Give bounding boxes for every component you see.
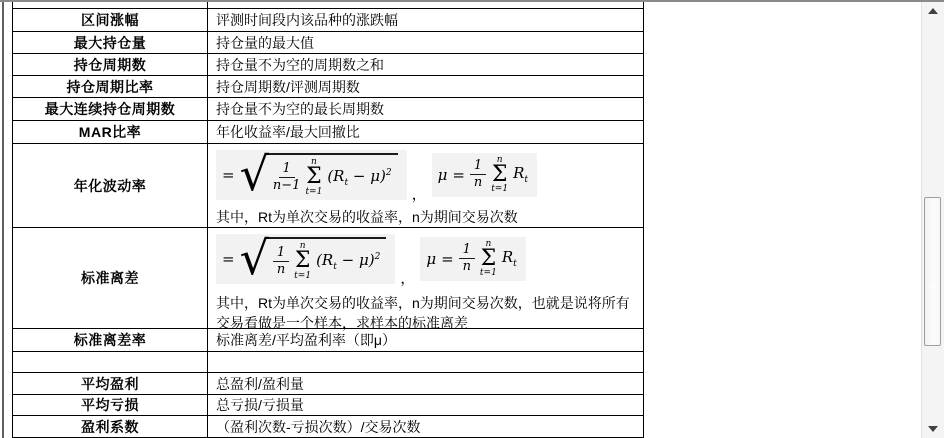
metric-desc-cell: 持仓量的最大值 xyxy=(208,32,643,53)
table-row-empty xyxy=(13,352,643,373)
metric-name-cell: 盈利系数 xyxy=(13,416,208,437)
triangle-up-icon xyxy=(928,8,938,14)
radicand: 1 n−1 n Σ t=1 (Rt − μ)2 xyxy=(268,153,398,197)
mu-symbol: μ xyxy=(438,166,448,184)
metric-desc-cell: 持仓量不为空的最长周期数 xyxy=(208,98,643,120)
table-row-clipped xyxy=(13,2,643,9)
metric-table: 区间涨幅 评测时间段内该品种的涨跌幅 最大持仓量 持仓量的最大值 持仓周期数 持… xyxy=(12,2,644,438)
summation: n Σ t=1 xyxy=(480,240,497,279)
table-row: 平均盈利 总盈利/盈利量 xyxy=(13,373,643,395)
triangle-down-icon xyxy=(928,426,938,432)
equals-sign: = xyxy=(222,250,235,268)
formula-line: = √ 1 n n Σ t=1 (Rt − xyxy=(216,234,643,284)
table-row: 最大持仓量 持仓量的最大值 xyxy=(13,32,643,54)
summation: n Σ t=1 xyxy=(491,156,508,195)
table-row: 平均亏损 总亏损/亏损量 xyxy=(13,395,643,416)
table-row: 最大连续持仓周期数 持仓量不为空的最长周期数 xyxy=(13,98,643,121)
scroll-up-button[interactable] xyxy=(922,2,944,19)
fraction: 1 n xyxy=(273,246,289,278)
table-row-formula: 标准离差 = √ 1 n n Σ xyxy=(13,228,643,329)
table-row: 标准离差率 标准离差/平均盈利率（即μ） xyxy=(13,329,643,352)
table-row: 持仓周期比率 持仓周期数/评测周期数 xyxy=(13,76,643,98)
metric-name-cell: 年化波动率 xyxy=(13,144,208,227)
metric-desc-cell: 评测时间段内该品种的涨跌幅 xyxy=(208,9,643,31)
mu-formula-image: μ = 1 n n Σ t=1 Rt xyxy=(420,237,525,282)
fraction: 1 n−1 xyxy=(273,162,301,194)
metric-name-cell: 持仓周期数 xyxy=(13,54,208,75)
window-left-border xyxy=(2,2,4,438)
metric-desc-cell: 总亏损/亏损量 xyxy=(208,395,643,415)
metric-desc-cell: = √ 1 n−1 n Σ t=1 (Rt xyxy=(208,144,643,227)
formula-note: 其中，Rt为单次交易的收益率，n为期间交易次数，也就是说将所有 xyxy=(216,293,643,313)
equals-sign: = xyxy=(222,166,235,184)
metric-name-cell: 标准离差率 xyxy=(13,329,208,351)
summation: n Σ t=1 xyxy=(294,242,311,281)
radical-sign: √ xyxy=(240,155,269,193)
metric-desc-cell: 总盈利/盈利量 xyxy=(208,373,643,394)
formula-note: 其中，Rt为单次交易的收益率，n为期间交易次数 xyxy=(216,207,643,227)
radicand: 1 n n Σ t=1 (Rt − μ)2 xyxy=(268,237,386,281)
metric-desc-cell: 标准离差/平均盈利率（即μ） xyxy=(208,329,643,351)
metric-name-cell: 平均亏损 xyxy=(13,395,208,415)
metric-desc-cell: 持仓量不为空的周期数之和 xyxy=(208,54,643,75)
scroll-down-button[interactable] xyxy=(922,419,944,436)
formula-line: = √ 1 n−1 n Σ t=1 (Rt xyxy=(216,150,643,200)
metric-desc-cell: 持仓周期数/评测周期数 xyxy=(208,76,643,97)
table-row: 持仓周期数 持仓量不为空的周期数之和 xyxy=(13,54,643,76)
metric-name-cell: 最大连续持仓周期数 xyxy=(13,98,208,120)
metric-desc-cell: = √ 1 n n Σ t=1 (Rt − xyxy=(208,228,643,328)
thumb-grip-icon xyxy=(929,283,936,289)
mu-formula-image: μ = 1 n n Σ t=1 Rt xyxy=(432,153,537,198)
help-page: 区间涨幅 评测时间段内该品种的涨跌幅 最大持仓量 持仓量的最大值 持仓周期数 持… xyxy=(0,0,944,438)
sigma-symbol: Σ xyxy=(492,165,508,186)
metric-name-cell xyxy=(13,2,208,8)
r-term: Rt xyxy=(502,248,517,269)
equals-sign: = xyxy=(452,166,465,184)
metric-name-cell: 平均盈利 xyxy=(13,373,208,394)
equals-sign: = xyxy=(441,250,454,268)
sigma-symbol: Σ xyxy=(295,251,311,272)
metric-name-cell: MAR比率 xyxy=(13,121,208,143)
sigma-symbol: Σ xyxy=(306,167,322,188)
scrollbar-thumb[interactable] xyxy=(924,197,941,346)
comma: ， xyxy=(400,274,415,284)
squared-term: (Rt − μ)2 xyxy=(327,167,391,188)
summation: n Σ t=1 xyxy=(305,158,322,197)
metric-name-cell xyxy=(13,352,208,372)
metric-desc-cell xyxy=(208,2,643,8)
sqrt-formula-image: = √ 1 n n Σ t=1 (Rt − xyxy=(216,234,395,284)
table-row-formula: 年化波动率 = √ 1 n−1 n Σ xyxy=(13,144,643,228)
r-term: Rt xyxy=(513,164,528,185)
metric-name-cell: 最大持仓量 xyxy=(13,32,208,53)
table-row: MAR比率 年化收益率/最大回撤比 xyxy=(13,121,643,144)
comma: ， xyxy=(412,190,427,200)
metric-desc-cell: 年化收益率/最大回撤比 xyxy=(208,121,643,143)
radical-sign: √ xyxy=(240,239,269,277)
metric-desc-cell xyxy=(208,352,643,372)
sqrt-formula-image: = √ 1 n−1 n Σ t=1 (Rt xyxy=(216,150,407,200)
mu-symbol: μ xyxy=(426,250,436,268)
fraction: 1 n xyxy=(470,159,486,191)
vertical-scrollbar[interactable] xyxy=(921,2,944,438)
metric-desc-cell: （盈利次数-亏损次数）/交易次数 xyxy=(208,416,643,437)
fraction: 1 n xyxy=(459,243,475,275)
squared-term: (Rt − μ)2 xyxy=(316,251,380,272)
sigma-symbol: Σ xyxy=(481,249,497,270)
metric-name-cell: 持仓周期比率 xyxy=(13,76,208,97)
metric-name-cell: 标准离差 xyxy=(13,228,208,328)
table-row-clipped-bottom: 盈利系数 （盈利次数-亏损次数）/交易次数 xyxy=(13,416,643,438)
table-row: 区间涨幅 评测时间段内该品种的涨跌幅 xyxy=(13,9,643,32)
metric-name-cell: 区间涨幅 xyxy=(13,9,208,31)
